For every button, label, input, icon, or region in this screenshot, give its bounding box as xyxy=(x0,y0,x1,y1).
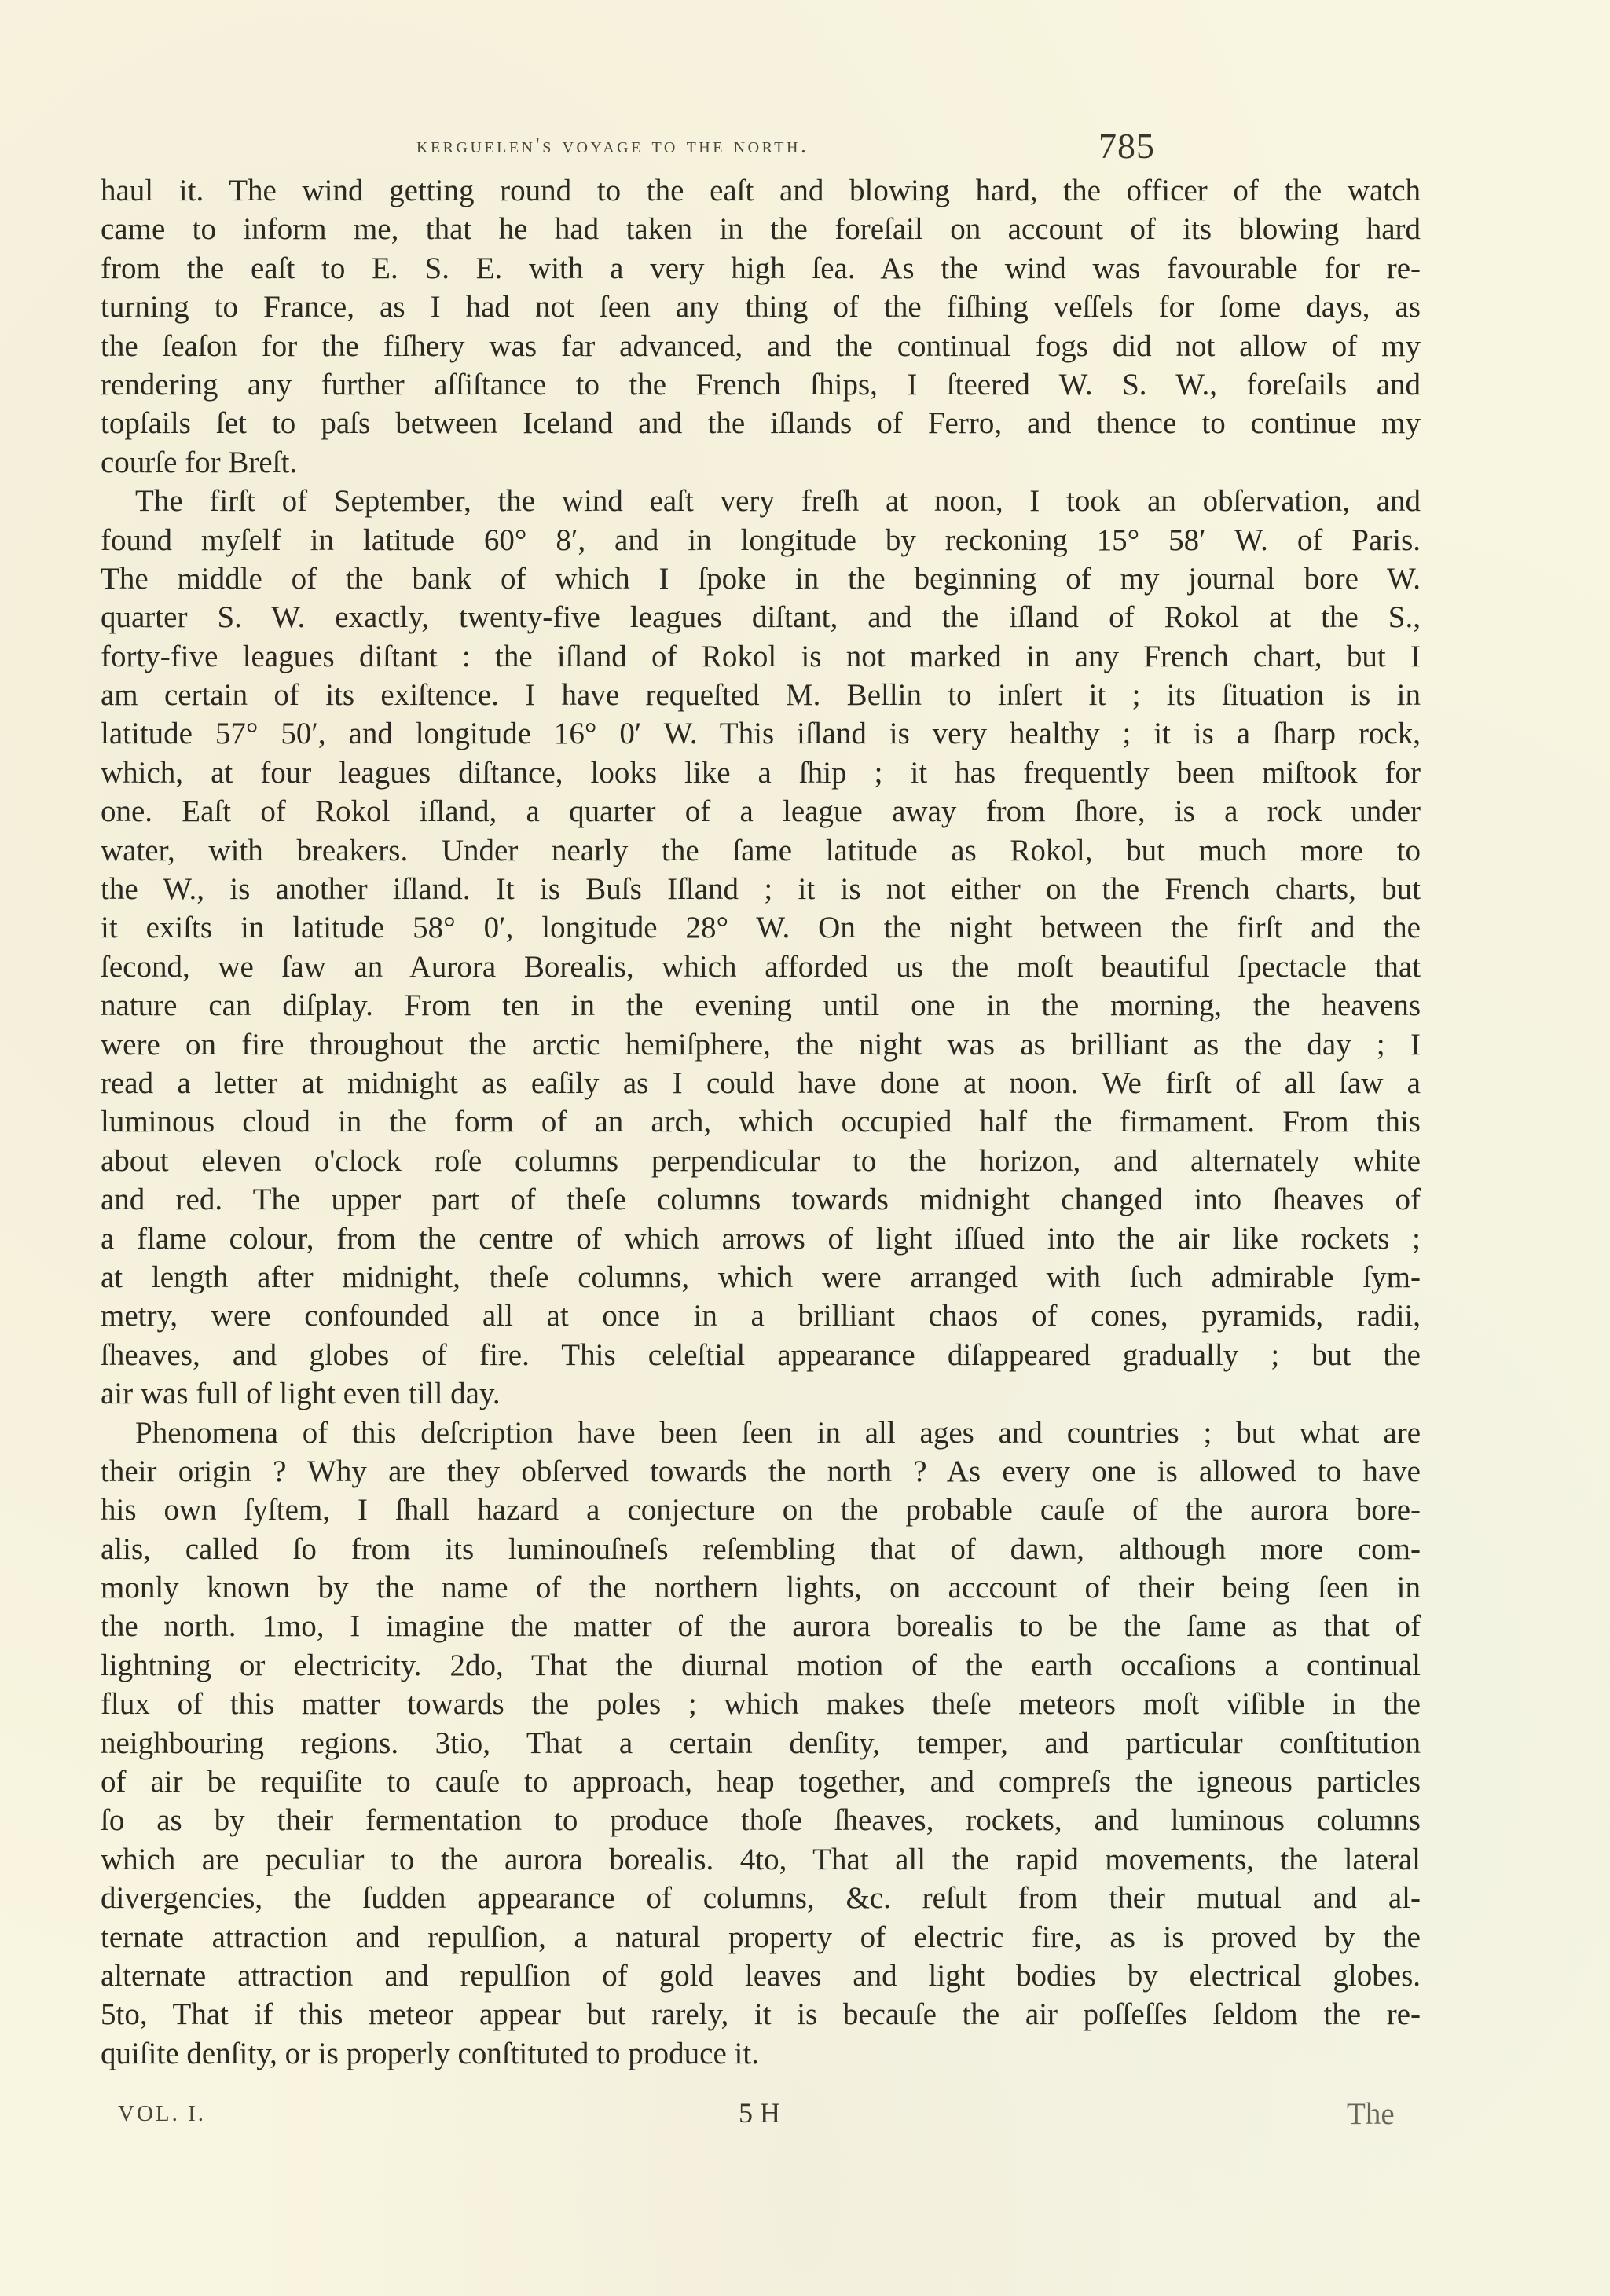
text-line: at length after midnight, theſe columns,… xyxy=(101,1258,1421,1297)
text-line: The middle of the bank of which I ſpoke … xyxy=(101,559,1421,598)
text-line: luminous cloud in the form of an arch, w… xyxy=(101,1102,1421,1141)
text-line: am certain of its exiſtence. I have requ… xyxy=(101,676,1421,714)
text-line: the north. 1mo, I imagine the matter of … xyxy=(101,1607,1421,1645)
text-line: quarter S. W. exactly, twenty-five leagu… xyxy=(101,598,1421,636)
text-line: his own ſyſtem, I ſhall hazard a conject… xyxy=(101,1491,1421,1529)
text-line: courſe for Breſt. xyxy=(101,443,1421,482)
text-line: read a letter at midnight as eaſily as I… xyxy=(101,1064,1421,1102)
text-line: metry, were confounded all at once in a … xyxy=(101,1297,1421,1335)
text-line: divergencies, the ſudden appearance of c… xyxy=(101,1879,1421,1917)
text-line: ſo as by their fermentation to produce t… xyxy=(101,1801,1421,1839)
signature-mark: 5 H xyxy=(739,2096,780,2129)
text-line: ſecond, we ſaw an Aurora Borealis, which… xyxy=(101,948,1421,986)
page-number: 785 xyxy=(1098,125,1155,167)
text-line: rendering any further aſſiſtance to the … xyxy=(101,365,1421,404)
text-line: the W., is another iſland. It is Buſs Iſ… xyxy=(101,870,1421,908)
text-line: and red. The upper part of theſe columns… xyxy=(101,1180,1421,1219)
running-title: KERGUELEN'S VOYAGE TO THE NORTH. xyxy=(416,133,809,159)
text-line: ternate attraction and repulſion, a natu… xyxy=(101,1918,1421,1957)
text-line: flux of this matter towards the poles ; … xyxy=(101,1685,1421,1723)
text-line: which, at four leagues diſtance, looks l… xyxy=(101,754,1421,792)
paragraph-first-line: Phenomena of this deſcription have been … xyxy=(101,1414,1421,1452)
text-line: monly known by the name of the northern … xyxy=(101,1568,1421,1607)
body-text: haul it. The wind getting round to the e… xyxy=(101,171,1421,2073)
text-line: of air be requiſite to cauſe to approach… xyxy=(101,1762,1421,1801)
text-line: water, with breakers. Under nearly the ſ… xyxy=(101,831,1421,870)
text-line: alis, called ſo from its luminouſneſs re… xyxy=(101,1530,1421,1568)
page-footer: VOL. I. 5 H The xyxy=(0,2096,1610,2136)
text-line: neighbouring regions. 3tio, That a certa… xyxy=(101,1724,1421,1762)
text-line: came to inform me, that he had taken in … xyxy=(101,210,1421,248)
text-line: quiſite denſity, or is properly conſtitu… xyxy=(101,2034,1421,2073)
text-line: a flame colour, from the centre of which… xyxy=(101,1220,1421,1258)
text-line: lightning or electricity. 2do, That the … xyxy=(101,1646,1421,1685)
running-header: KERGUELEN'S VOYAGE TO THE NORTH. 785 xyxy=(0,128,1610,167)
volume-label: VOL. I. xyxy=(118,2101,206,2127)
text-line: 5to, That if this meteor appear but rare… xyxy=(101,1995,1421,2034)
text-line: which are peculiar to the aurora boreali… xyxy=(101,1840,1421,1879)
text-line: from the eaſt to E. S. E. with a very hi… xyxy=(101,249,1421,288)
text-line: alternate attraction and repulſion of go… xyxy=(101,1957,1421,1995)
paragraph-first-line: The firſt of September, the wind eaſt ve… xyxy=(101,482,1421,520)
text-line: were on fire throughout the arctic hemiſ… xyxy=(101,1025,1421,1064)
text-line: one. Eaſt of Rokol iſland, a quarter of … xyxy=(101,792,1421,831)
text-line: found myſelf in latitude 60° 8′, and in … xyxy=(101,521,1421,559)
text-line: ſheaves, and globes of fire. This celeſt… xyxy=(101,1336,1421,1374)
catchword: The xyxy=(1347,2096,1395,2132)
text-line: nature can diſplay. From ten in the even… xyxy=(101,986,1421,1025)
text-line: haul it. The wind getting round to the e… xyxy=(101,171,1421,210)
text-line: it exiſts in latitude 58° 0′, longitude … xyxy=(101,908,1421,947)
text-line: topſails ſet to paſs between Iceland and… xyxy=(101,404,1421,442)
text-line: forty-five leagues diſtant : the iſland … xyxy=(101,637,1421,676)
text-line: the ſeaſon for the fiſhery was far advan… xyxy=(101,327,1421,365)
book-page: KERGUELEN'S VOYAGE TO THE NORTH. 785 hau… xyxy=(0,0,1610,2296)
text-line: their origin ? Why are they obſerved tow… xyxy=(101,1452,1421,1491)
text-line: air was full of light even till day. xyxy=(101,1374,1421,1413)
text-line: about eleven o'clock roſe columns perpen… xyxy=(101,1142,1421,1180)
text-line: turning to France, as I had not ſeen any… xyxy=(101,288,1421,326)
text-line: latitude 57° 50′, and longitude 16° 0′ W… xyxy=(101,714,1421,753)
